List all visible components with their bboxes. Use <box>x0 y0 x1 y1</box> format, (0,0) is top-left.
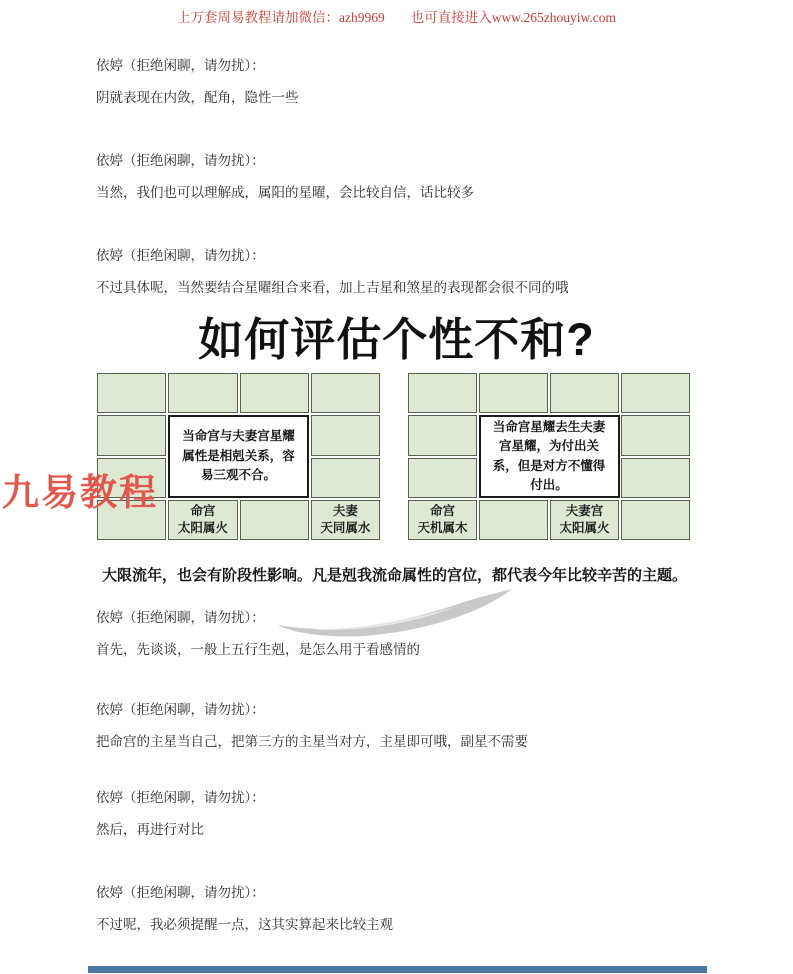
chat-block: 依婷（拒绝闲聊，请勿扰）： 把命宫的主星当自己，把第三方的主星当对方，主星即可哦… <box>96 700 528 751</box>
chat-message: 然后，再进行对比 <box>96 820 265 839</box>
palace-cell <box>168 373 237 413</box>
palace-name: 夫妻 <box>333 503 358 520</box>
palace-cell <box>408 415 477 455</box>
palace-cell <box>479 500 548 540</box>
chat-speaker: 依婷（拒绝闲聊，请勿扰）： <box>96 788 265 807</box>
chat-message: 不过呢，我必须提醒一点，这其实算起来比较主观 <box>96 915 393 934</box>
palace-cell <box>240 500 309 540</box>
palace-star: 天机属木 <box>417 520 467 537</box>
header-url-text: 也可直接进入www.265zhouyiw.com <box>411 6 616 26</box>
palace-name: 命宫 <box>190 503 215 520</box>
palace-cell <box>97 373 166 413</box>
chat-speaker: 依婷（拒绝闲聊，请勿扰）： <box>96 608 420 627</box>
palace-cell <box>479 373 548 413</box>
palace-star: 太阳属火 <box>178 520 228 537</box>
palace-cell <box>311 373 380 413</box>
palace-cell-ming: 命宫 太阳属火 <box>168 500 237 540</box>
chat-message: 当然，我们也可以理解成，属阳的星曜，会比较自信，话比较多 <box>96 183 474 202</box>
header-wechat-text: 上万套周易教程请加微信：azh9969 <box>177 6 385 26</box>
palace-cell <box>621 373 690 413</box>
palace-cell <box>240 373 309 413</box>
palace-cell <box>408 373 477 413</box>
chat-speaker: 依婷（拒绝闲聊，请勿扰）： <box>96 700 528 719</box>
palace-name: 夫妻宫 <box>566 503 604 520</box>
document-page: 上万套周易教程请加微信：azh9969 也可直接进入www.265zhouyiw… <box>0 0 793 974</box>
chat-message: 阴就表现在内敛，配角，隐性一些 <box>96 88 299 107</box>
chat-speaker: 依婷（拒绝闲聊，请勿扰）： <box>96 56 299 75</box>
palace-cell <box>621 500 690 540</box>
chat-speaker: 依婷（拒绝闲聊，请勿扰）： <box>96 151 474 170</box>
chat-speaker: 依婷（拒绝闲聊，请勿扰）： <box>96 246 569 265</box>
chat-message: 把命宫的主星当自己，把第三方的主星当对方，主星即可哦，副星不需要 <box>96 732 528 751</box>
palace-star: 太阳属火 <box>559 520 609 537</box>
chat-message: 不过具体呢，当然要结合星曜组合来看，加上吉星和煞星的表现都会很不同的哦 <box>96 278 569 297</box>
header-contact-line: 上万套周易教程请加微信：azh9969 也可直接进入www.265zhouyiw… <box>0 6 793 26</box>
palace-cell-ming: 命宫 天机属木 <box>408 500 477 540</box>
chart-note: 当命宫星耀去生夫妻宫星耀，为付出关系，但是对方不懂得付出。 <box>479 415 620 499</box>
footer-bar <box>88 966 707 973</box>
chat-block: 依婷（拒绝闲聊，请勿扰）： 阴就表现在内敛，配角，隐性一些 <box>96 56 299 107</box>
palace-cell <box>311 415 380 455</box>
chat-block: 依婷（拒绝闲聊，请勿扰）： 当然，我们也可以理解成，属阳的星曜，会比较自信，话比… <box>96 151 474 202</box>
watermark: 九易教程 <box>2 462 158 516</box>
chat-message: 首先，先谈谈，一般上五行生剋，是怎么用于看感情的 <box>96 640 420 659</box>
chat-block: 依婷（拒绝闲聊，请勿扰）： 不过呢，我必须提醒一点，这其实算起来比较主观 <box>96 883 393 934</box>
chat-block: 依婷（拒绝闲聊，请勿扰）： 首先，先谈谈，一般上五行生剋，是怎么用于看感情的 <box>96 608 420 659</box>
palace-star: 天同属水 <box>320 520 370 537</box>
highlight-note: 大限流年，也会有阶段性影响。凡是剋我流命属性的宫位，都代表今年比较辛苦的主题。 <box>96 564 687 585</box>
chat-speaker: 依婷（拒绝闲聊，请勿扰）： <box>96 883 393 902</box>
section-title: 如何评估个性不和? <box>0 303 793 368</box>
palace-chart-right: 命宫 天机属木 夫妻宫 太阳属火 当命宫星耀去生夫妻宫星耀，为付出关系，但是对方… <box>408 373 690 540</box>
palace-cell <box>311 458 380 498</box>
chat-block: 依婷（拒绝闲聊，请勿扰）： 不过具体呢，当然要结合星曜组合来看，加上吉星和煞星的… <box>96 246 569 297</box>
palace-cell <box>621 415 690 455</box>
palace-cell-fuqi: 夫妻 天同属水 <box>311 500 380 540</box>
chart-note: 当命宫与夫妻宫星耀属性是相剋关系，容易三观不合。 <box>168 415 310 499</box>
palace-name: 命宫 <box>430 503 455 520</box>
palace-cell <box>408 458 477 498</box>
chat-block: 依婷（拒绝闲聊，请勿扰）： 然后，再进行对比 <box>96 788 265 839</box>
palace-cell-fuqi: 夫妻宫 太阳属火 <box>550 500 619 540</box>
palace-cell <box>97 415 166 455</box>
palace-cell <box>621 458 690 498</box>
palace-cell <box>550 373 619 413</box>
